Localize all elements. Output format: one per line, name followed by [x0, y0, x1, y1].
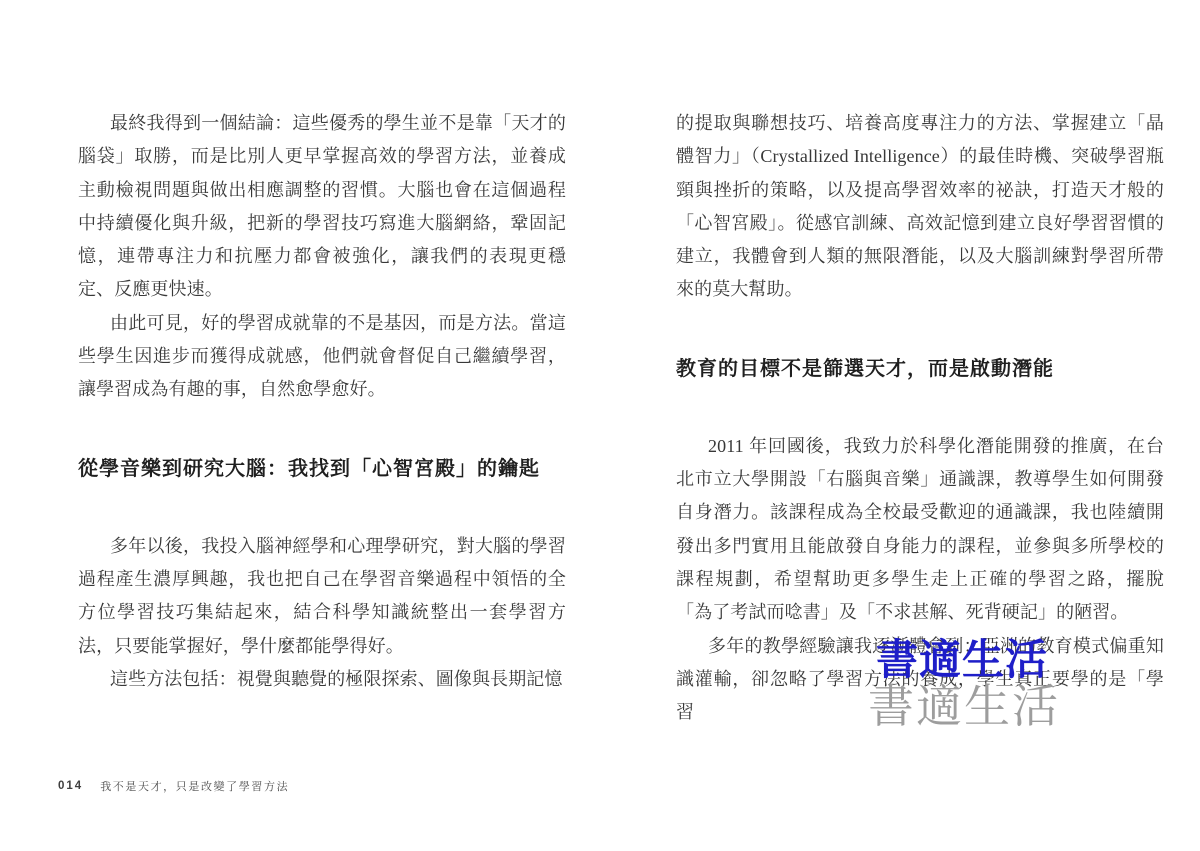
- page-left-body: 最終我得到一個結論：這些優秀的學生並不是靠「天才的腦袋」取勝，而是比別人更早掌握…: [78, 107, 566, 696]
- watermark-gray: 書適生活: [868, 684, 1060, 730]
- watermark-blue: 書適生活: [876, 640, 1048, 682]
- paragraph: 多年以後，我投入腦神經學和心理學研究，對大腦的學習過程產生濃厚興趣，我也把自己在…: [78, 530, 566, 663]
- running-title: 我不是天才，只是改變了學習方法: [100, 778, 289, 794]
- page-number: 014: [58, 780, 83, 792]
- page-left: 最終我得到一個結論：這些優秀的學生並不是靠「天才的腦袋」取勝，而是比別人更早掌握…: [0, 0, 600, 851]
- section-heading: 教育的目標不是篩選天才，而是啟動潛能: [676, 353, 1164, 386]
- page-left-footer: 014 我不是天才，只是改變了學習方法: [58, 778, 289, 794]
- paragraph: 這些方法包括：視覺與聽覺的極限探索、圖像與長期記憶: [78, 663, 566, 696]
- section-heading: 從學音樂到研究大腦：我找到「心智宮殿」的鑰匙: [78, 453, 566, 486]
- page-right-body: 的提取與聯想技巧、培養高度專注力的方法、掌握建立「晶體智力」（Crystalli…: [676, 107, 1164, 729]
- paragraph: 由此可見，好的學習成就靠的不是基因，而是方法。當這些學生因進步而獲得成就感，他們…: [78, 307, 566, 407]
- paragraph: 的提取與聯想技巧、培養高度專注力的方法、掌握建立「晶體智力」（Crystalli…: [676, 107, 1164, 307]
- book-spread: 最終我得到一個結論：這些優秀的學生並不是靠「天才的腦袋」取勝，而是比別人更早掌握…: [0, 0, 1200, 851]
- paragraph: 2011 年回國後，我致力於科學化潛能開發的推廣，在台北市立大學開設「右腦與音樂…: [676, 430, 1164, 630]
- paragraph: 最終我得到一個結論：這些優秀的學生並不是靠「天才的腦袋」取勝，而是比別人更早掌握…: [78, 107, 566, 307]
